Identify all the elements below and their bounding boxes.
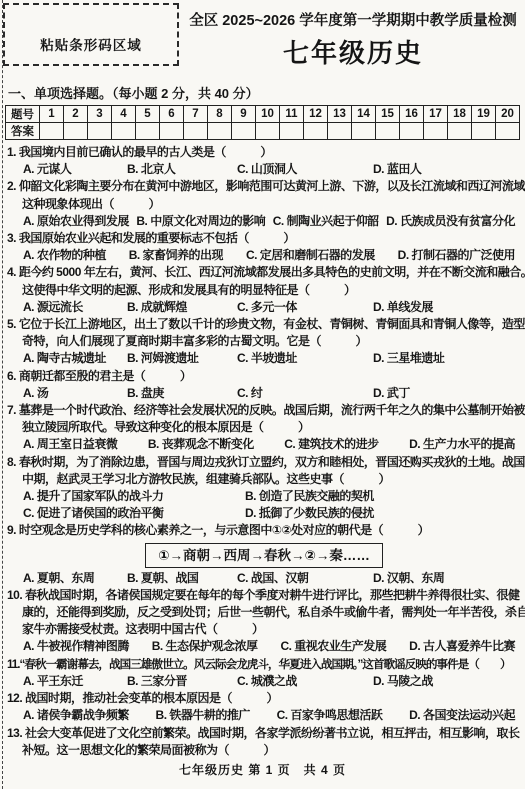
option: A. 汤: [23, 385, 127, 402]
question-number-cell: 12: [304, 106, 328, 123]
option: D. 武丁: [373, 385, 521, 402]
option: C. 重视农业生产发展: [280, 638, 386, 655]
options-row: A. 牛被视作精神图腾B. 生态保护观念浓厚C. 重视农业生产发展D. 古人喜爱…: [7, 638, 521, 655]
answer-cell: [328, 123, 352, 140]
question-text: 12. 战国时期，推动社会变革的根本原因是（ ）: [7, 690, 521, 707]
option: A. 源远流长: [23, 299, 127, 316]
option: B. 中原文化对周边的影响: [136, 213, 265, 230]
question-9: 9. 时空观念是历史学科的核心素养之一，与示意图中①②处对应的朝代是（ ）①→商…: [7, 522, 521, 586]
question-3: 3. 我国原始农业兴起和发展的重要标志不包括（ ）A. 农作物的种植B. 家畜饲…: [7, 230, 521, 264]
question-8: 8. 春秋时期，为了消除边患，晋国与周边戎狄订立盟约，双方和睦相处，晋国还购买戎…: [7, 454, 521, 523]
options-row: A. 源远流长B. 成就辉煌C. 多元一体D. 单线发展: [7, 299, 521, 316]
question-number-cell: 19: [472, 106, 496, 123]
option: B. 丧葬观念不断变化: [148, 436, 254, 453]
exam-subject-title: 七年级历史: [185, 33, 521, 70]
barcode-area: 粘贴条形码区域: [3, 3, 179, 66]
question-number-cell: 15: [376, 106, 400, 123]
option: C. 城濮之战: [237, 673, 373, 690]
question-number-cell: 4: [112, 106, 136, 123]
page-footer: 七年级历史 第 1 页 共 4 页: [0, 761, 525, 778]
question-1: 1. 我国境内目前已确认的最早的古人类是（ ）A. 元谋人B. 北京人C. 山顶…: [7, 144, 521, 178]
option: A. 元谋人: [23, 161, 127, 178]
options-row: A. 平王东迁B. 三家分晋C. 城濮之战D. 马陵之战: [7, 673, 521, 690]
answer-cell: [376, 123, 400, 140]
option: B. 成就辉煌: [127, 299, 237, 316]
options-row: A. 元谋人B. 北京人C. 山顶洞人D. 蓝田人: [7, 161, 521, 178]
question-text: 13. 社会大变革促进了文化空前繁荣。战国时期，各家学派纷纷著书立说，相互抨击，…: [7, 725, 521, 742]
question-text: 7. 墓葬是一个时代政治、经济等社会发展状况的反映。战国后期，流行两千年之久的集…: [7, 402, 521, 419]
question-11: 11.“春秋一霸谢幕去，战国三雄傲世立。风云际会龙虎斗，华夏进入战国期。”这首歌…: [7, 656, 521, 690]
question-text: 这使得中华文明的起源、形成和发展具有的明显特征是（ ）: [7, 282, 521, 299]
option: D. 蓝田人: [373, 161, 521, 178]
question-number-cell: 17: [424, 106, 448, 123]
answer-table-answer-row: 答案: [6, 123, 520, 140]
option: D. 打制石器的广泛使用: [398, 247, 515, 264]
option: B. 三家分晋: [127, 673, 237, 690]
options-row: A. 诸侯争霸战争频繁B. 铁器牛耕的推广C. 百家争鸣思想活跃D. 各国变法运…: [7, 707, 521, 724]
exam-page: 粘贴条形码区域 全区 2025~2026 学年度第一学期期中教学质量检测 七年级…: [0, 0, 525, 789]
option: D. 汉朝、东周: [373, 570, 521, 587]
option: C. 建筑技术的进步: [284, 436, 378, 453]
question-text: 8. 春秋时期，为了消除边患，晋国与周边戎狄订立盟约，双方和睦相处，晋国还购买戎…: [7, 454, 521, 471]
option: B. 铁器牛耕的推广: [156, 707, 250, 724]
question-text: 2. 仰韶文化彩陶主要分布在黄河中游地区，影响范围可达黄河上游、下游，以及长江流…: [7, 178, 521, 195]
answer-cell: [280, 123, 304, 140]
option: B. 北京人: [127, 161, 237, 178]
answer-cell: [208, 123, 232, 140]
option: A. 农作物的种植: [23, 247, 106, 264]
answer-cell: [304, 123, 328, 140]
question-7: 7. 墓葬是一个时代政治、经济等社会发展状况的反映。战国后期，流行两千年之久的集…: [7, 402, 521, 454]
question-text: 补短。这一思想文化的繁荣局面被称为（ ）: [7, 742, 521, 759]
question-number-cell: 14: [352, 106, 376, 123]
question-text: 家牛亦需接受杖责。这表明中国古代（ ）: [7, 621, 521, 638]
question-number-label: 题号: [6, 106, 40, 123]
question-number-cell: 16: [400, 106, 424, 123]
question-text: 中期，赵武灵王学习北方游牧民族，组建骑兵部队。这些史事（ ）: [7, 471, 521, 488]
options-row: A. 陶寺古城遗址B. 河姆渡遗址C. 半坡遗址D. 三星堆遗址: [7, 350, 521, 367]
question-13: 13. 社会大变革促进了文化空前繁荣。战国时期，各家学派纷纷著书立说，相互抨击，…: [7, 725, 521, 759]
answer-cell: [88, 123, 112, 140]
question-number-cell: 7: [184, 106, 208, 123]
question-number-cell: 3: [88, 106, 112, 123]
question-text: 10. 春秋战国时期，各诸侯国规定要在每年的每个季度对耕牛进行评比，那些把耕牛养…: [7, 587, 521, 604]
question-10: 10. 春秋战国时期，各诸侯国规定要在每年的每个季度对耕牛进行评比，那些把耕牛养…: [7, 587, 521, 656]
question-text: 4. 距今约 5000 年左右，黄河、长江、西辽河流域都发展出多具特色的史前文明…: [7, 264, 521, 281]
question-text: 1. 我国境内目前已确认的最早的古人类是（ ）: [7, 144, 521, 161]
question-number-cell: 5: [136, 106, 160, 123]
option: C. 百家争鸣思想活跃: [277, 707, 383, 724]
question-4: 4. 距今约 5000 年左右，黄河、长江、西辽河流域都发展出多具特色的史前文明…: [7, 264, 521, 316]
option: A. 提升了国家军队的战斗力: [23, 488, 245, 505]
barcode-label: 粘贴条形码区域: [40, 16, 142, 54]
answer-cell: [184, 123, 208, 140]
option: B. 夏朝、战国: [127, 570, 237, 587]
option: C. 半坡遗址: [237, 350, 373, 367]
options-row: A. 原始农业得到发展B. 中原文化对周边的影响C. 制陶业兴起于仰韶D. 氏族…: [7, 213, 521, 230]
option: C. 制陶业兴起于仰韶: [273, 213, 379, 230]
question-number-cell: 2: [64, 106, 88, 123]
answer-cell: [352, 123, 376, 140]
answer-cell: [448, 123, 472, 140]
question-12: 12. 战国时期，推动社会变革的根本原因是（ ）A. 诸侯争霸战争频繁B. 铁器…: [7, 690, 521, 724]
option: A. 周王室日益衰微: [23, 436, 117, 453]
question-number-cell: 8: [208, 106, 232, 123]
option: A. 夏朝、东周: [23, 570, 127, 587]
question-text: 3. 我国原始农业兴起和发展的重要标志不包括（ ）: [7, 230, 521, 247]
option: D. 马陵之战: [373, 673, 521, 690]
question-number-cell: 10: [256, 106, 280, 123]
question-text: 9. 时空观念是历史学科的核心素养之一，与示意图中①②处对应的朝代是（ ）: [7, 522, 521, 539]
question-number-cell: 13: [328, 106, 352, 123]
question-number-cell: 11: [280, 106, 304, 123]
option: C. 多元一体: [237, 299, 373, 316]
question-text: 6. 商朝迁都至殷的君主是（ ）: [7, 368, 521, 385]
question-5: 5. 它位于长江上游地区，出土了数以千计的珍贵文物，有金杖、青铜树、青铜面具和青…: [7, 316, 521, 368]
option: A. 原始农业得到发展: [23, 213, 129, 230]
question-list: 1. 我国境内目前已确认的最早的古人类是（ ）A. 元谋人B. 北京人C. 山顶…: [7, 144, 521, 759]
answer-cell: [136, 123, 160, 140]
answer-cell: [256, 123, 280, 140]
option: B. 家畜饲养的出现: [129, 247, 223, 264]
options-row: A. 周王室日益衰微B. 丧葬观念不断变化C. 建筑技术的进步D. 生产力水平的…: [7, 436, 521, 453]
question-number-cell: 20: [496, 106, 520, 123]
answer-cell: [232, 123, 256, 140]
option: C. 纣: [237, 385, 373, 402]
question-number-cell: 18: [448, 106, 472, 123]
binding-dashed-line: [2, 0, 3, 789]
answer-cell: [496, 123, 520, 140]
exam-title: 全区 2025~2026 学年度第一学期期中教学质量检测: [185, 9, 521, 30]
answer-cell: [112, 123, 136, 140]
options-row: A. 汤B. 盘庚C. 纣D. 武丁: [7, 385, 521, 402]
answer-cell: [400, 123, 424, 140]
option: B. 生态保护观念浓厚: [152, 638, 258, 655]
question-2: 2. 仰韶文化彩陶主要分布在黄河中游地区，影响范围可达黄河上游、下游，以及长江流…: [7, 178, 521, 230]
option: D. 各国变法运动兴起: [409, 707, 515, 724]
option: D. 氏族成员没有贫富分化: [386, 213, 515, 230]
question-text: 5. 它位于长江上游地区，出土了数以千计的珍贵文物，有金杖、青铜树、青铜面具和青…: [7, 316, 521, 333]
answer-table: 题号 1234567891011121314151617181920 答案: [5, 105, 520, 140]
question-text: 这种现象体现出（ ）: [7, 196, 521, 213]
question-number-cell: 6: [160, 106, 184, 123]
question-number-cell: 1: [40, 106, 64, 123]
question-text: 11.“春秋一霸谢幕去，战国三雄傲世立。风云际会龙虎斗，华夏进入战国期。”这首歌…: [7, 656, 521, 673]
header: 全区 2025~2026 学年度第一学期期中教学质量检测 七年级历史: [185, 0, 521, 70]
question-text: 奇特，向人们展现了夏商时期丰富多彩的古蜀文明。它是（ ）: [7, 333, 521, 350]
section-heading: 一、单项选择题。（每小题 2 分，共 40 分）: [8, 83, 525, 102]
option: B. 创造了民族交融的契机: [245, 488, 521, 505]
option: B. 河姆渡遗址: [127, 350, 237, 367]
option: A. 陶寺古城遗址: [23, 350, 127, 367]
timeline-box: ①→商朝→西周→春秋→②→秦……: [145, 543, 383, 568]
option: D. 古人喜爱养牛比赛: [409, 638, 515, 655]
question-number-cell: 9: [232, 106, 256, 123]
answer-cell: [160, 123, 184, 140]
options-row: A. 提升了国家军队的战斗力B. 创造了民族交融的契机C. 促进了诸侯国的政治平…: [7, 488, 521, 522]
option: A. 诸侯争霸战争频繁: [23, 707, 129, 724]
option: A. 牛被视作精神图腾: [23, 638, 129, 655]
option: D. 抵御了少数民族的侵扰: [245, 505, 521, 522]
answer-cell: [472, 123, 496, 140]
timeline-box-row: ①→商朝→西周→春秋→②→秦……: [7, 543, 521, 568]
option: C. 山顶洞人: [237, 161, 373, 178]
answer-cell: [424, 123, 448, 140]
option: A. 平王东迁: [23, 673, 127, 690]
options-row: A. 农作物的种植B. 家畜饲养的出现C. 定居和磨制石器的发展D. 打制石器的…: [7, 247, 521, 264]
answer-table-number-row: 题号 1234567891011121314151617181920: [6, 106, 520, 123]
answer-cell: [40, 123, 64, 140]
options-row: A. 夏朝、东周B. 夏朝、战国C. 战国、汉朝D. 汉朝、东周: [7, 570, 521, 587]
option: B. 盘庚: [127, 385, 237, 402]
answer-cell: [64, 123, 88, 140]
option: D. 单线发展: [373, 299, 521, 316]
option: C. 定居和磨制石器的发展: [246, 247, 375, 264]
option: C. 促进了诸侯国的政治平衡: [23, 505, 245, 522]
question-6: 6. 商朝迁都至殷的君主是（ ）A. 汤B. 盘庚C. 纣D. 武丁: [7, 368, 521, 402]
question-text: 独立陵园所取代。导致这种变化的根本原因是（ ）: [7, 419, 521, 436]
option: C. 战国、汉朝: [237, 570, 373, 587]
option: D. 生产力水平的提高: [409, 436, 515, 453]
answer-label: 答案: [6, 123, 40, 140]
question-text: 康的，还能得到奖励，反之受到处罚；后世一些朝代，私自杀牛或偷牛者，需判处一年半苦…: [7, 604, 521, 621]
option: D. 三星堆遗址: [373, 350, 521, 367]
